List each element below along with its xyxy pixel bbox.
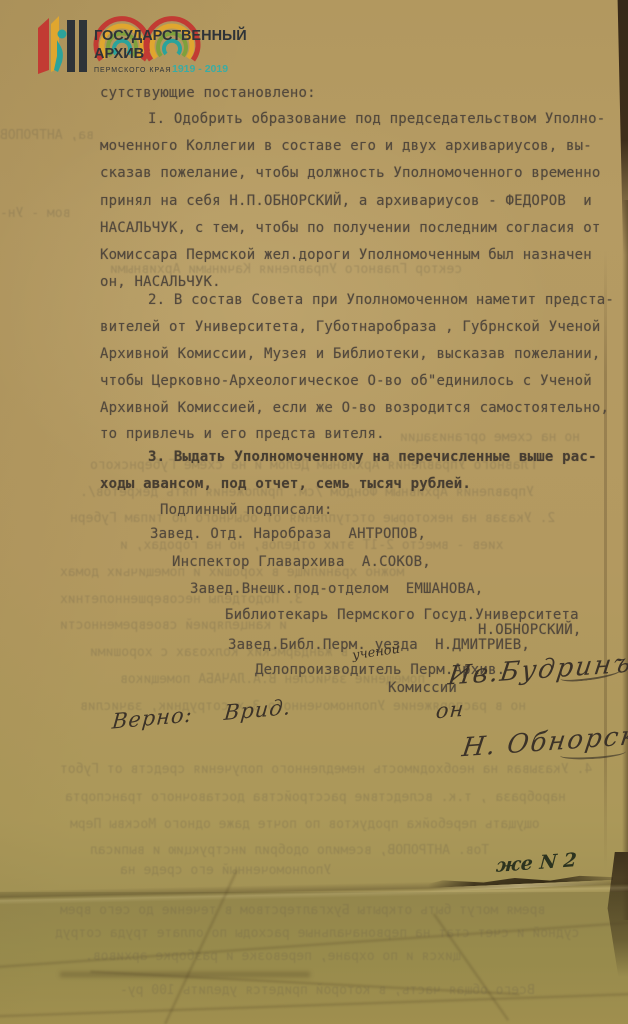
typed-line: Комиссара Пермской жел.дороги Уполномоче… bbox=[100, 248, 592, 263]
bleedthrough-line: вом - Ун- bbox=[0, 206, 70, 221]
typed-line: I. Одобрить образование под председатель… bbox=[148, 112, 605, 127]
bleedthrough-line: судной и счет стат на первоначальные рас… bbox=[55, 926, 579, 941]
typed-line: сказав пожелание, чтобы должность Уполно… bbox=[100, 166, 600, 181]
typed-line: НАСАЛЬЧУК, с тем, чтобы по получении пос… bbox=[100, 221, 600, 236]
signature-flourish bbox=[560, 746, 626, 760]
archive-100-years-mark-icon: ГОСУДАРСТВЕННЫЙ АРХИВ ПЕРМСКОГО КРАЯ 191… bbox=[4, 4, 254, 84]
handwritten-text: же N 2 bbox=[495, 849, 577, 877]
bleedthrough-line: щихся и по охране, перевозке и разборке … bbox=[85, 949, 461, 964]
typed-line: он, НАСАЛЬЧУК. bbox=[100, 275, 221, 290]
typed-line: моченного Коллегии в составе его и двух … bbox=[100, 139, 592, 154]
bleedthrough-line: но на схеме организации bbox=[400, 430, 580, 445]
typed-line: то привлечь и его предста вителя. bbox=[100, 427, 385, 442]
document-page: ГОСУДАРСТВЕННЫЙ АРХИВ ПЕРМСКОГО КРАЯ 191… bbox=[0, 0, 628, 1024]
bleedthrough-line: Уполномоченный его среде на bbox=[120, 863, 331, 878]
archive-title-line2: АРХИВ bbox=[94, 46, 144, 62]
paper-smudge bbox=[60, 972, 310, 977]
bleedthrough-line: Всего общая часть, в которой придется уд… bbox=[120, 983, 535, 998]
typed-line: ходы авансом, под отчет, семь тысяч рубл… bbox=[100, 477, 471, 492]
handwritten-text: Врид. bbox=[223, 695, 292, 725]
typed-line: принял на себя Н.П.ОБНОРСКИЙ, а архивари… bbox=[100, 194, 592, 209]
paper-crease bbox=[604, 250, 607, 870]
bleedthrough-line: Тов. АНТРОПОВ, всемило одобрил инструкци… bbox=[90, 843, 489, 858]
typed-line: Завед.Внешк.под-отделом ЕМШАНОВА, bbox=[190, 582, 483, 597]
typed-line: Завед. Отд. Наробраза АНТРОПОВ, bbox=[150, 527, 426, 542]
typed-line: вителей от Университета, Губотнаробраза … bbox=[100, 320, 600, 335]
typed-line: Архивной Комиссии, Музея и Библиотеки, в… bbox=[100, 347, 600, 362]
typed-line: Архивной Комиссией, если же О-во возроди… bbox=[100, 401, 609, 416]
archive-subtitle: ПЕРМСКОГО КРАЯ bbox=[94, 67, 171, 74]
scan-edge-right bbox=[622, 200, 628, 920]
typed-line: Библиотекарь Пермского Госуд.Университет… bbox=[225, 608, 579, 623]
typed-line: чтобы Церковно-Археологическое О-во об"е… bbox=[100, 374, 592, 389]
bleedthrough-line: время могут быть открыты Бухгалтерством … bbox=[60, 903, 545, 918]
bleedthrough-line: ва, АНТРОПОВ bbox=[0, 128, 94, 143]
bleedthrough-line: наробраза , т.к. вследствие расстройства… bbox=[65, 790, 566, 805]
bleedthrough-line: ощущать перебойка продуктов по почте даж… bbox=[70, 817, 540, 832]
bleedthrough-line: 4. Указывая на необходимость немедленног… bbox=[60, 762, 592, 777]
typed-line: 3. Выдать Уполномоченному на перечисленн… bbox=[148, 450, 597, 465]
typed-line: 2. В состав Совета при Уполномоченном на… bbox=[148, 293, 614, 308]
archive-logo: ГОСУДАРСТВЕННЫЙ АРХИВ ПЕРМСКОГО КРАЯ 191… bbox=[4, 4, 254, 84]
typed-line: Инспектор Главархива А.СОКОВ, bbox=[172, 555, 431, 570]
typed-line: сутствующие постановлено: bbox=[100, 86, 316, 101]
typed-line: Подлинный подписали: bbox=[160, 503, 333, 518]
handwritten-text: он bbox=[435, 697, 466, 724]
archive-years: 1919 - 2019 bbox=[172, 63, 228, 75]
archive-title-line1: ГОСУДАРСТВЕННЫЙ bbox=[94, 26, 247, 44]
typed-line: Н.ОБНОРСКИЙ, bbox=[478, 623, 582, 638]
